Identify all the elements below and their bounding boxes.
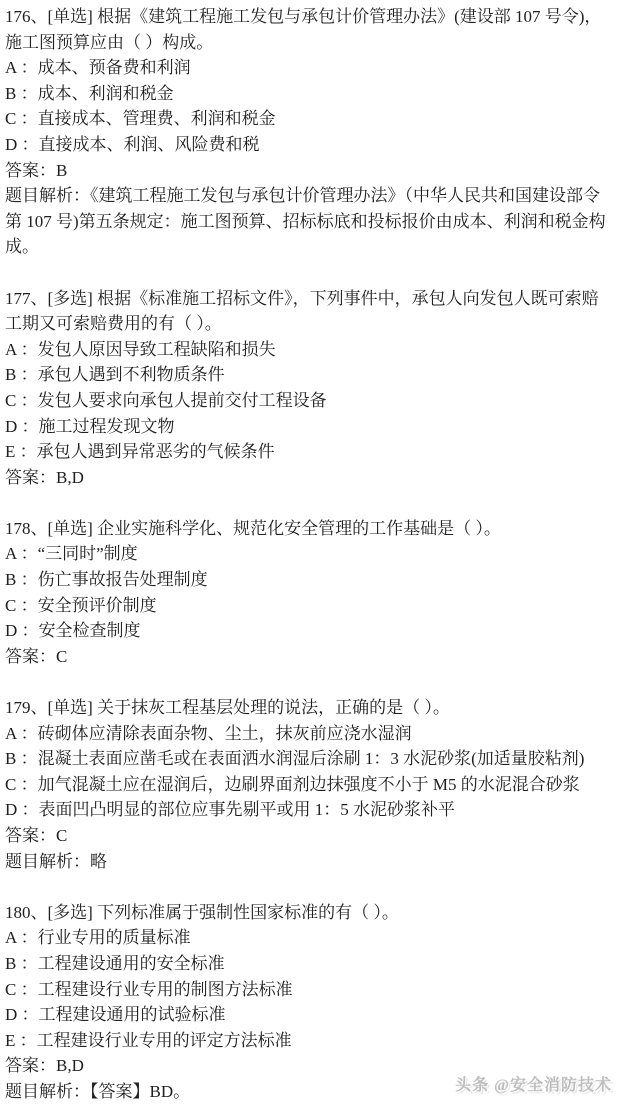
analysis-line: 题目解析：略 xyxy=(5,849,615,875)
option-a: A ：发包人原因导致工程缺陷和损失 xyxy=(5,337,615,363)
option-d: D ：直接成本、利润、风险费和税 xyxy=(5,132,615,158)
question-stem-line: 179、[单选] 关于抹灰工程基层处理的说法，正确的是（ ）。 xyxy=(5,695,615,721)
question-179: 179、[单选] 关于抹灰工程基层处理的说法，正确的是（ ）。 A ：砖砌体应清… xyxy=(5,695,615,874)
option-a: A ：行业专用的质量标准 xyxy=(5,925,615,951)
question-stem-line: 施工图预算应由（ ）构成。 xyxy=(5,30,615,56)
option-a: A ：成本、预备费和利润 xyxy=(5,55,615,81)
question-stem-line: 176、[单选] 根据《建筑工程施工发包与承包计价管理办法》(建设部 107 号… xyxy=(5,4,615,30)
option-c: C ：安全预评价制度 xyxy=(5,593,615,619)
watermark: 头条 @安全消防技术 xyxy=(455,1072,612,1095)
question-stem-line: 177、[多选] 根据《标准施工招标文件》，下列事件中，承包人向发包人既可索赔 xyxy=(5,286,615,312)
option-e: E ：承包人遇到异常恶劣的气候条件 xyxy=(5,439,615,465)
option-c: C ：工程建设行业专用的制图方法标准 xyxy=(5,977,615,1003)
option-b: B ：承包人遇到不利物质条件 xyxy=(5,362,615,388)
option-c: C ：直接成本、管理费、利润和税金 xyxy=(5,106,615,132)
option-a: A ：“三同时”制度 xyxy=(5,541,615,567)
option-d: D ：表面凹凸明显的部位应事先剔平或用 1：5 水泥砂浆补平 xyxy=(5,797,615,823)
option-b: B ：混凝土表面应凿毛或在表面洒水润湿后涂刷 1：3 水泥砂浆(加适量胶粘剂) xyxy=(5,746,615,772)
option-c: C ：加气混凝土应在湿润后，边刷界面剂边抹强度不小于 M5 的水泥混合砂浆 xyxy=(5,772,615,798)
option-d: D ：施工过程发现文物 xyxy=(5,414,615,440)
analysis-line: 题目解析：《建筑工程施工发包与承包计价管理办法》（中华人民共和国建设部令 xyxy=(5,183,615,209)
option-b: B ：伤亡事故报告处理制度 xyxy=(5,567,615,593)
analysis-line: 成。 xyxy=(5,234,615,260)
option-b: B ：成本、利润和税金 xyxy=(5,81,615,107)
document-page: 176、[单选] 根据《建筑工程施工发包与承包计价管理办法》(建设部 107 号… xyxy=(0,0,618,1110)
option-c: C ：发包人要求向承包人提前交付工程设备 xyxy=(5,388,615,414)
question-177: 177、[多选] 根据《标准施工招标文件》，下列事件中，承包人向发包人既可索赔 … xyxy=(5,286,615,491)
option-d: D ：工程建设通用的试验标准 xyxy=(5,1002,615,1028)
answer-line: 答案：B,D xyxy=(5,465,615,491)
question-stem-line: 工期又可索赔费用的有（ ）。 xyxy=(5,311,615,337)
question-176: 176、[单选] 根据《建筑工程施工发包与承包计价管理办法》(建设部 107 号… xyxy=(5,4,615,260)
option-a: A ：砖砌体应清除表面杂物、尘土，抹灰前应浇水湿润 xyxy=(5,721,615,747)
option-b: B ：工程建设通用的安全标准 xyxy=(5,951,615,977)
answer-line: 答案：B xyxy=(5,158,615,184)
answer-line: 答案：C xyxy=(5,644,615,670)
question-stem-line: 178、[单选] 企业实施科学化、规范化安全管理的工作基础是（ ）。 xyxy=(5,516,615,542)
question-stem-line: 180、[多选] 下列标准属于强制性国家标准的有（ ）。 xyxy=(5,900,615,926)
answer-line: 答案：C xyxy=(5,823,615,849)
analysis-line: 第 107 号)第五条规定：施工图预算、招标标底和投标报价由成本、利润和税金构 xyxy=(5,209,615,235)
question-178: 178、[单选] 企业实施科学化、规范化安全管理的工作基础是（ ）。 A ：“三… xyxy=(5,516,615,670)
option-d: D ：安全检查制度 xyxy=(5,618,615,644)
option-e: E ：工程建设行业专用的评定方法标准 xyxy=(5,1028,615,1054)
